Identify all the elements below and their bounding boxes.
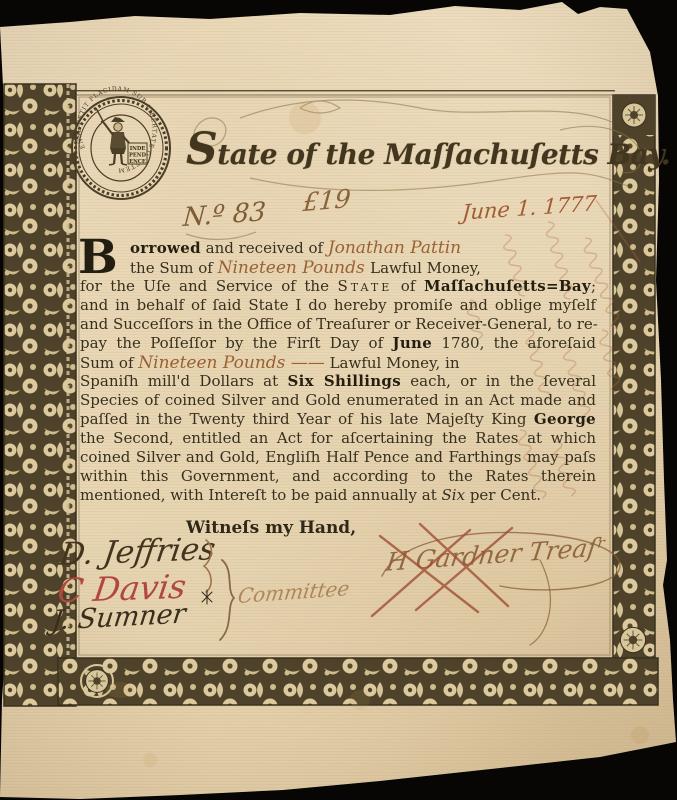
body-line: and in behalf of ſaid State I do hereby … bbox=[80, 296, 596, 314]
body-line: mentioned, with Intereſt to be paid annu… bbox=[80, 486, 596, 504]
dropcap-b: B bbox=[78, 234, 118, 281]
body-line: the Sum of Nineteen Pounds Lawful Money, bbox=[130, 258, 596, 278]
body-line: Sum of Nineteen Pounds —— Lawful Money, … bbox=[80, 353, 596, 373]
body-text: and received of bbox=[201, 239, 328, 257]
body-text: June bbox=[392, 334, 432, 352]
body-text: Lawful Money, bbox=[370, 259, 481, 277]
handwritten-sum: Nineteen Pounds bbox=[218, 258, 371, 278]
body-text: Species of coined Silver and Gold enumer… bbox=[80, 391, 596, 409]
body-line: pay the Poſſeſſor by the Firſt Day of Ju… bbox=[80, 334, 596, 352]
document-number: N.º 83 bbox=[182, 197, 267, 233]
body-text: the Sum of bbox=[130, 259, 218, 277]
body-line: the Second, entitled an Act for aſcertai… bbox=[80, 429, 596, 447]
body-text: orrowed bbox=[130, 239, 201, 257]
handwritten-sum: Nineteen Pounds —— bbox=[138, 353, 325, 373]
body-text: George bbox=[534, 410, 596, 428]
body-text: pay the Poſſeſſor by the Firſt Day of bbox=[80, 334, 392, 352]
body-line: Spaniſh mill'd Dollars at Six Shillings … bbox=[80, 372, 596, 390]
body-line: coined Silver and Gold, Engliſh Half Pen… bbox=[80, 448, 596, 466]
body-text: per Cent. bbox=[465, 486, 541, 504]
body-line: Species of coined Silver and Gold enumer… bbox=[80, 391, 596, 409]
body-text: Lawful Money, in bbox=[325, 354, 460, 372]
body-line: orrowed and received of Jonathan Pattin bbox=[130, 238, 596, 258]
body-text: Six bbox=[442, 486, 466, 504]
body-line: within this Government, and according to… bbox=[80, 467, 596, 485]
body-line: and Succeſſors in the Office of Treaſure… bbox=[80, 315, 596, 333]
body-text: 1780, the aforeſaid bbox=[432, 334, 596, 352]
body-text: within this Government, and according to… bbox=[80, 467, 596, 485]
body-line: paſſed in the Twenty third Year of his l… bbox=[80, 410, 596, 428]
body-text: Maſſachuſetts=Bay bbox=[424, 277, 591, 295]
signature-jeffries: D. Jeffries bbox=[58, 531, 218, 573]
body-text: Six Shillings bbox=[287, 372, 401, 390]
body-text: Spaniſh mill'd Dollars at bbox=[80, 372, 287, 390]
body-text: and in behalf of ſaid State I do hereby … bbox=[80, 296, 596, 314]
body-text: for the Uſe and Service of the bbox=[80, 277, 338, 295]
body-text: and Succeſſors in the Office of Treaſure… bbox=[80, 315, 598, 333]
body-text: paſſed in the Twenty third Year of his l… bbox=[80, 410, 534, 428]
body-text: each, or in the ſeveral bbox=[401, 372, 596, 390]
body-text: the Second, entitled an Act for aſcertai… bbox=[80, 429, 596, 447]
body-text: mentioned, with Intereſt to be paid annu… bbox=[80, 486, 442, 504]
handwritten-payee: Jonathan Pattin bbox=[328, 238, 461, 258]
amount-pounds: £19 bbox=[302, 184, 352, 217]
body-line: for the Uſe and Service of the State of … bbox=[80, 277, 596, 295]
body-text: coined Silver and Gold, Engliſh Half Pen… bbox=[80, 448, 596, 466]
body-text: of bbox=[392, 277, 424, 295]
body-text: Sum of bbox=[80, 354, 138, 372]
body-text: State bbox=[338, 277, 393, 295]
body-text: ; bbox=[591, 277, 596, 295]
document-title: State of the Maſſachuſetts Bay. bbox=[186, 124, 646, 175]
